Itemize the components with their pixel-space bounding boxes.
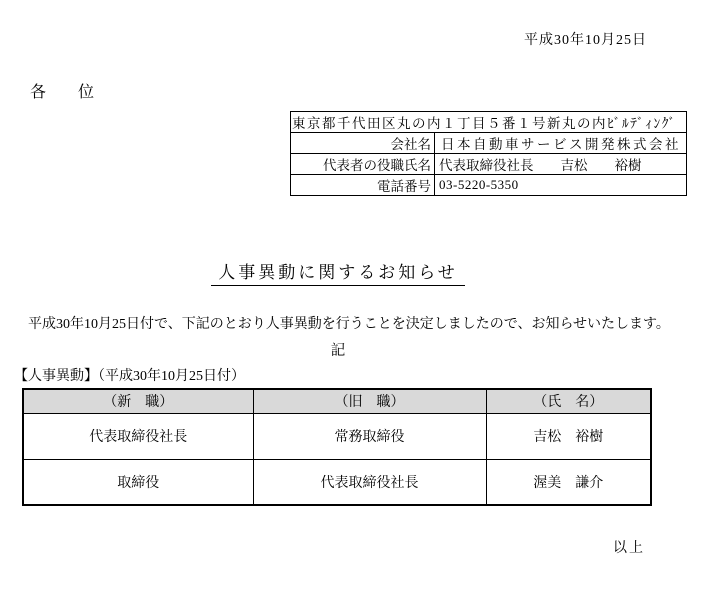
document-title: 人事異動に関するお知らせ — [211, 258, 465, 286]
salutation: 各 位 — [30, 79, 94, 102]
personnel-change-table: （新 職） （旧 職） （氏 名） 代表取締役社長 常務取締役 吉松 裕樹 取締… — [22, 388, 652, 506]
ki-marker: 記 — [28, 339, 648, 360]
sender-label-company: 会社名 — [291, 133, 435, 154]
body-paragraph: 平成30年10月25日付で、下記のとおり人事異動を行うことを決定しましたので、お… — [28, 313, 688, 333]
cell-old-position: 代表取締役社長 — [253, 459, 486, 505]
title-container: 人事異動に関するお知らせ — [28, 258, 648, 286]
table-row: 取締役 代表取締役社長 渥美 謙介 — [23, 459, 651, 505]
column-header-name: （氏 名） — [486, 389, 651, 413]
sender-label-phone: 電話番号 — [291, 175, 435, 196]
sender-label-representative: 代表者の役職氏名 — [291, 154, 435, 175]
table-header-row: （新 職） （旧 職） （氏 名） — [23, 389, 651, 413]
sender-address: 東京都千代田区丸の内１丁目５番１号新丸の内ﾋﾞﾙﾃﾞｨﾝｸﾞ — [291, 112, 687, 133]
cell-new-position: 取締役 — [23, 459, 253, 505]
column-header-new-position: （新 職） — [23, 389, 253, 413]
document-date: 平成30年10月25日 — [524, 29, 647, 49]
document-page: 平成30年10月25日 各 位 東京都千代田区丸の内１丁目５番１号新丸の内ﾋﾞﾙ… — [0, 0, 710, 616]
sender-row-company: 会社名 日本自動車サービス開発株式会社 — [291, 133, 687, 154]
column-header-old-position: （旧 職） — [253, 389, 486, 413]
cell-name: 渥美 謙介 — [486, 459, 651, 505]
sender-value-phone: 03-5220-5350 — [435, 175, 687, 196]
cell-name: 吉松 裕樹 — [486, 413, 651, 459]
closing-word: 以上 — [613, 537, 645, 557]
sender-row-phone: 電話番号 03-5220-5350 — [291, 175, 687, 196]
sender-value-company: 日本自動車サービス開発株式会社 — [435, 133, 687, 154]
table-row: 代表取締役社長 常務取締役 吉松 裕樹 — [23, 413, 651, 459]
sender-row-address: 東京都千代田区丸の内１丁目５番１号新丸の内ﾋﾞﾙﾃﾞｨﾝｸﾞ — [291, 112, 687, 133]
cell-old-position: 常務取締役 — [253, 413, 486, 459]
sender-value-representative: 代表取締役社長 吉松 裕樹 — [435, 154, 687, 175]
section-label: 【人事異動】（平成30年10月25日付） — [14, 365, 245, 385]
sender-row-representative: 代表者の役職氏名 代表取締役社長 吉松 裕樹 — [291, 154, 687, 175]
cell-new-position: 代表取締役社長 — [23, 413, 253, 459]
sender-info-table: 東京都千代田区丸の内１丁目５番１号新丸の内ﾋﾞﾙﾃﾞｨﾝｸﾞ 会社名 日本自動車… — [290, 111, 687, 196]
